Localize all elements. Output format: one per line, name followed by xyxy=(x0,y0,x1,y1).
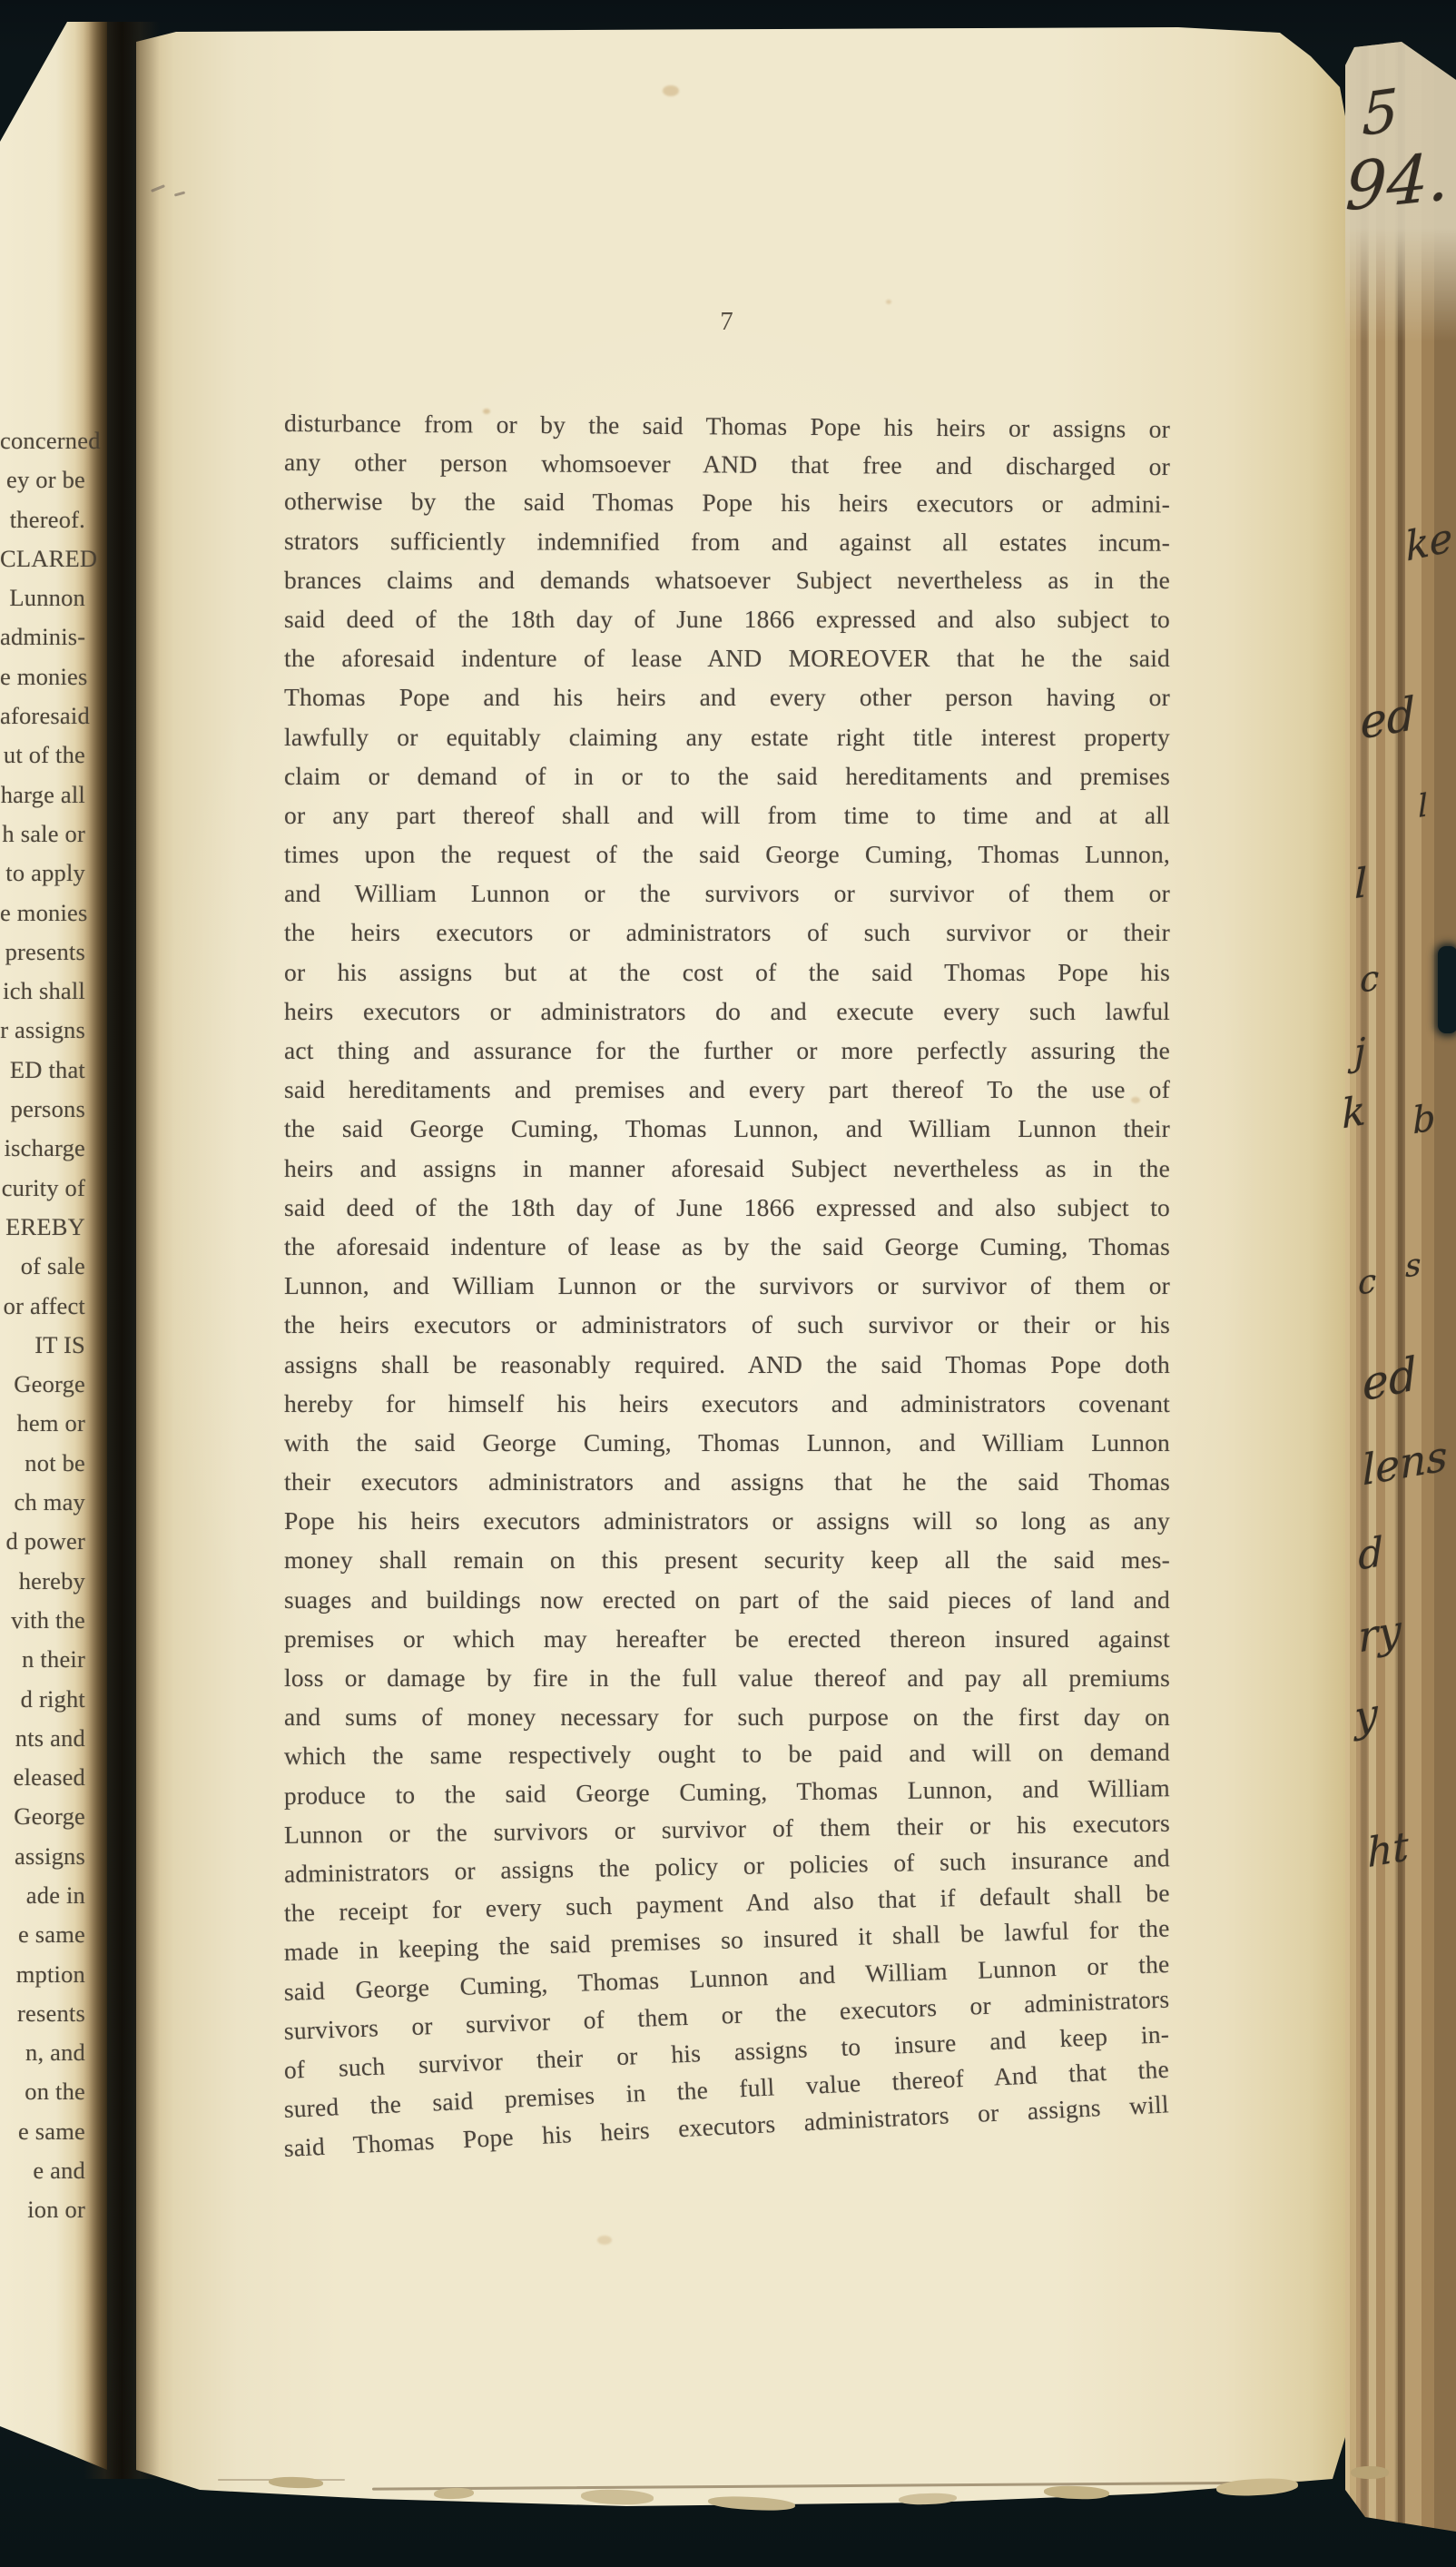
book-scan: concernedey or bethereof.CLAREDLunnonadm… xyxy=(0,0,1456,2567)
handwritten-fragment: b xyxy=(1412,1097,1436,1143)
handwritten-fragment: c xyxy=(1358,1262,1376,1302)
handwritten-fragment: ed xyxy=(1361,1347,1419,1411)
handwritten-marginalia: 594.keedllcjkbscedlensdryyht xyxy=(0,0,1456,2567)
handwritten-fragment: ed xyxy=(1359,686,1416,749)
handwritten-fragment: j xyxy=(1354,1031,1365,1074)
handwritten-fragment: 5 xyxy=(1362,77,1398,150)
handwritten-fragment: s xyxy=(1405,1247,1421,1286)
handwritten-fragment: d xyxy=(1357,1528,1384,1579)
handwritten-fragment: k xyxy=(1341,1087,1366,1138)
handwritten-fragment: c xyxy=(1360,957,1379,1000)
handwritten-fragment: y xyxy=(1353,1688,1379,1742)
handwritten-fragment: ry xyxy=(1357,1605,1402,1663)
handwritten-fragment: ht xyxy=(1366,1823,1409,1877)
handwritten-fragment: l xyxy=(1417,787,1428,825)
handwritten-fragment: l xyxy=(1354,860,1367,908)
handwritten-fragment: ke xyxy=(1404,514,1454,570)
handwritten-fragment: 94. xyxy=(1344,138,1451,226)
handwritten-fragment: lens xyxy=(1362,1430,1449,1495)
